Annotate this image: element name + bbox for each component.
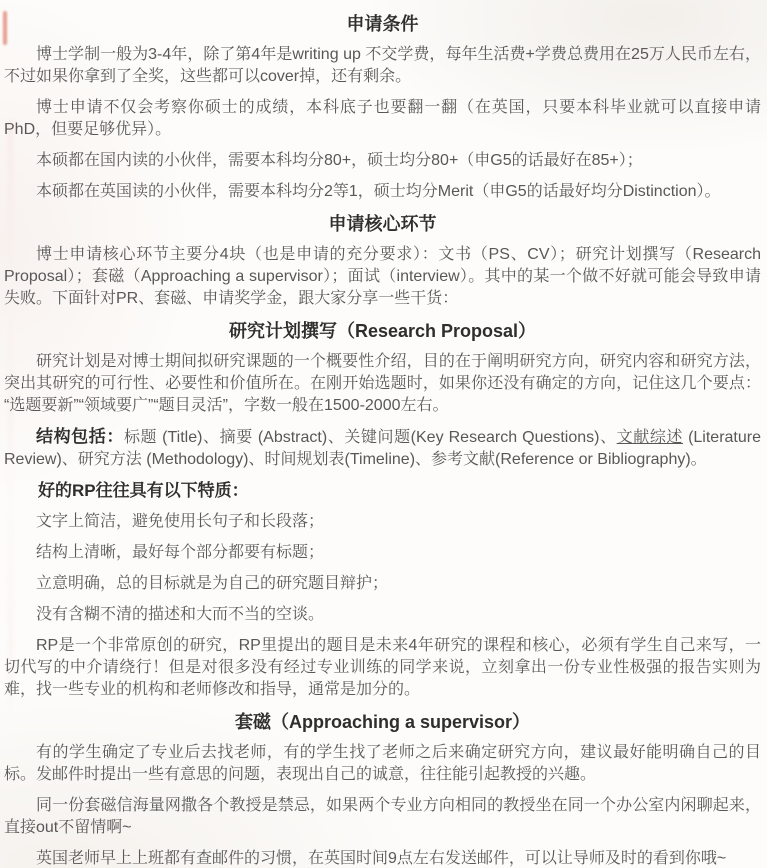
paragraph-trait-clear-purpose: 立意明确，总的目标就是为自己的研究题目辩护； bbox=[4, 573, 761, 595]
rp-structure-items-before: 标题 (Title)、摘要 (Abstract)、关键问题(Key Resear… bbox=[124, 429, 617, 446]
paragraph-mass-email-taboo: 同一份套磁信海量网撒各个教授是禁忌，如果两个专业方向相同的教授坐在同一个办公室内… bbox=[4, 795, 761, 839]
paragraph-contact-supervisor: 有的学生确定了专业后去找老师，有的学生找了老师之后来确定研究方向，建议最好能明确… bbox=[4, 742, 761, 786]
left-edge-red-mark bbox=[3, 11, 7, 45]
paragraph-email-timing: 英国老师早上上班都有查邮件的习惯，在英国时间9点左右发送邮件，可以让导师及时的看… bbox=[4, 848, 761, 868]
literature-review-link[interactable]: 文献综述 bbox=[617, 429, 683, 446]
paragraph-duration-fees: 博士学制一般为3-4年，除了第4年是writing up 不交学费，每年生活费+… bbox=[4, 44, 761, 88]
section-heading-application-requirements: 申请条件 bbox=[4, 12, 761, 36]
section-heading-core-steps: 申请核心环节 bbox=[4, 212, 761, 236]
article-page: 申请条件 博士学制一般为3-4年，除了第4年是writing up 不交学费，每… bbox=[0, 0, 767, 868]
paragraph-grades-check: 博士申请不仅会考察你硕士的成绩，本科底子也要翻一翻（在英国，只要本科毕业就可以直… bbox=[4, 97, 761, 141]
section-heading-approaching-supervisor: 套磁（Approaching a supervisor） bbox=[4, 710, 761, 734]
paragraph-trait-clear-structure: 结构上清晰，最好每个部分都要有标题； bbox=[4, 542, 761, 564]
paragraph-core-steps-overview: 博士申请核心环节主要分4块（也是申请的充分要求）：文书（PS、CV）；研究计划撰… bbox=[4, 244, 761, 310]
paragraph-rp-structure: 结构包括：标题 (Title)、摘要 (Abstract)、关键问题(Key R… bbox=[4, 426, 761, 471]
paragraph-uk-gpa: 本硕都在英国读的小伙伴，需要本科均分2等1，硕士均分Merit（申G5的话最好均… bbox=[4, 181, 761, 203]
rp-structure-lead-label: 结构包括： bbox=[36, 427, 124, 446]
paragraph-trait-no-vagueness: 没有含糊不清的描述和大而不当的空谈。 bbox=[4, 604, 761, 626]
paragraph-rp-originality: RP是一个非常原创的研究，RP里提出的题目是未来4年研究的课程和核心，必须有学生… bbox=[4, 635, 761, 701]
left-edge-pink-texture bbox=[8, 120, 13, 720]
paragraph-domestic-gpa: 本硕都在国内读的小伙伴，需要本科均分80+，硕士均分80+（申G5的话最好在85… bbox=[4, 150, 761, 172]
paragraph-rp-intro: 研究计划是对博士期间拟研究课题的一个概要性介绍，目的在于阐明研究方向，研究内容和… bbox=[4, 351, 761, 417]
paragraph-trait-concise: 文字上简洁，避免使用长句子和长段落； bbox=[4, 511, 761, 533]
subheading-good-rp-traits: 好的RP往往具有以下特质： bbox=[4, 480, 761, 502]
section-heading-research-proposal: 研究计划撰写（Research Proposal） bbox=[4, 319, 761, 343]
